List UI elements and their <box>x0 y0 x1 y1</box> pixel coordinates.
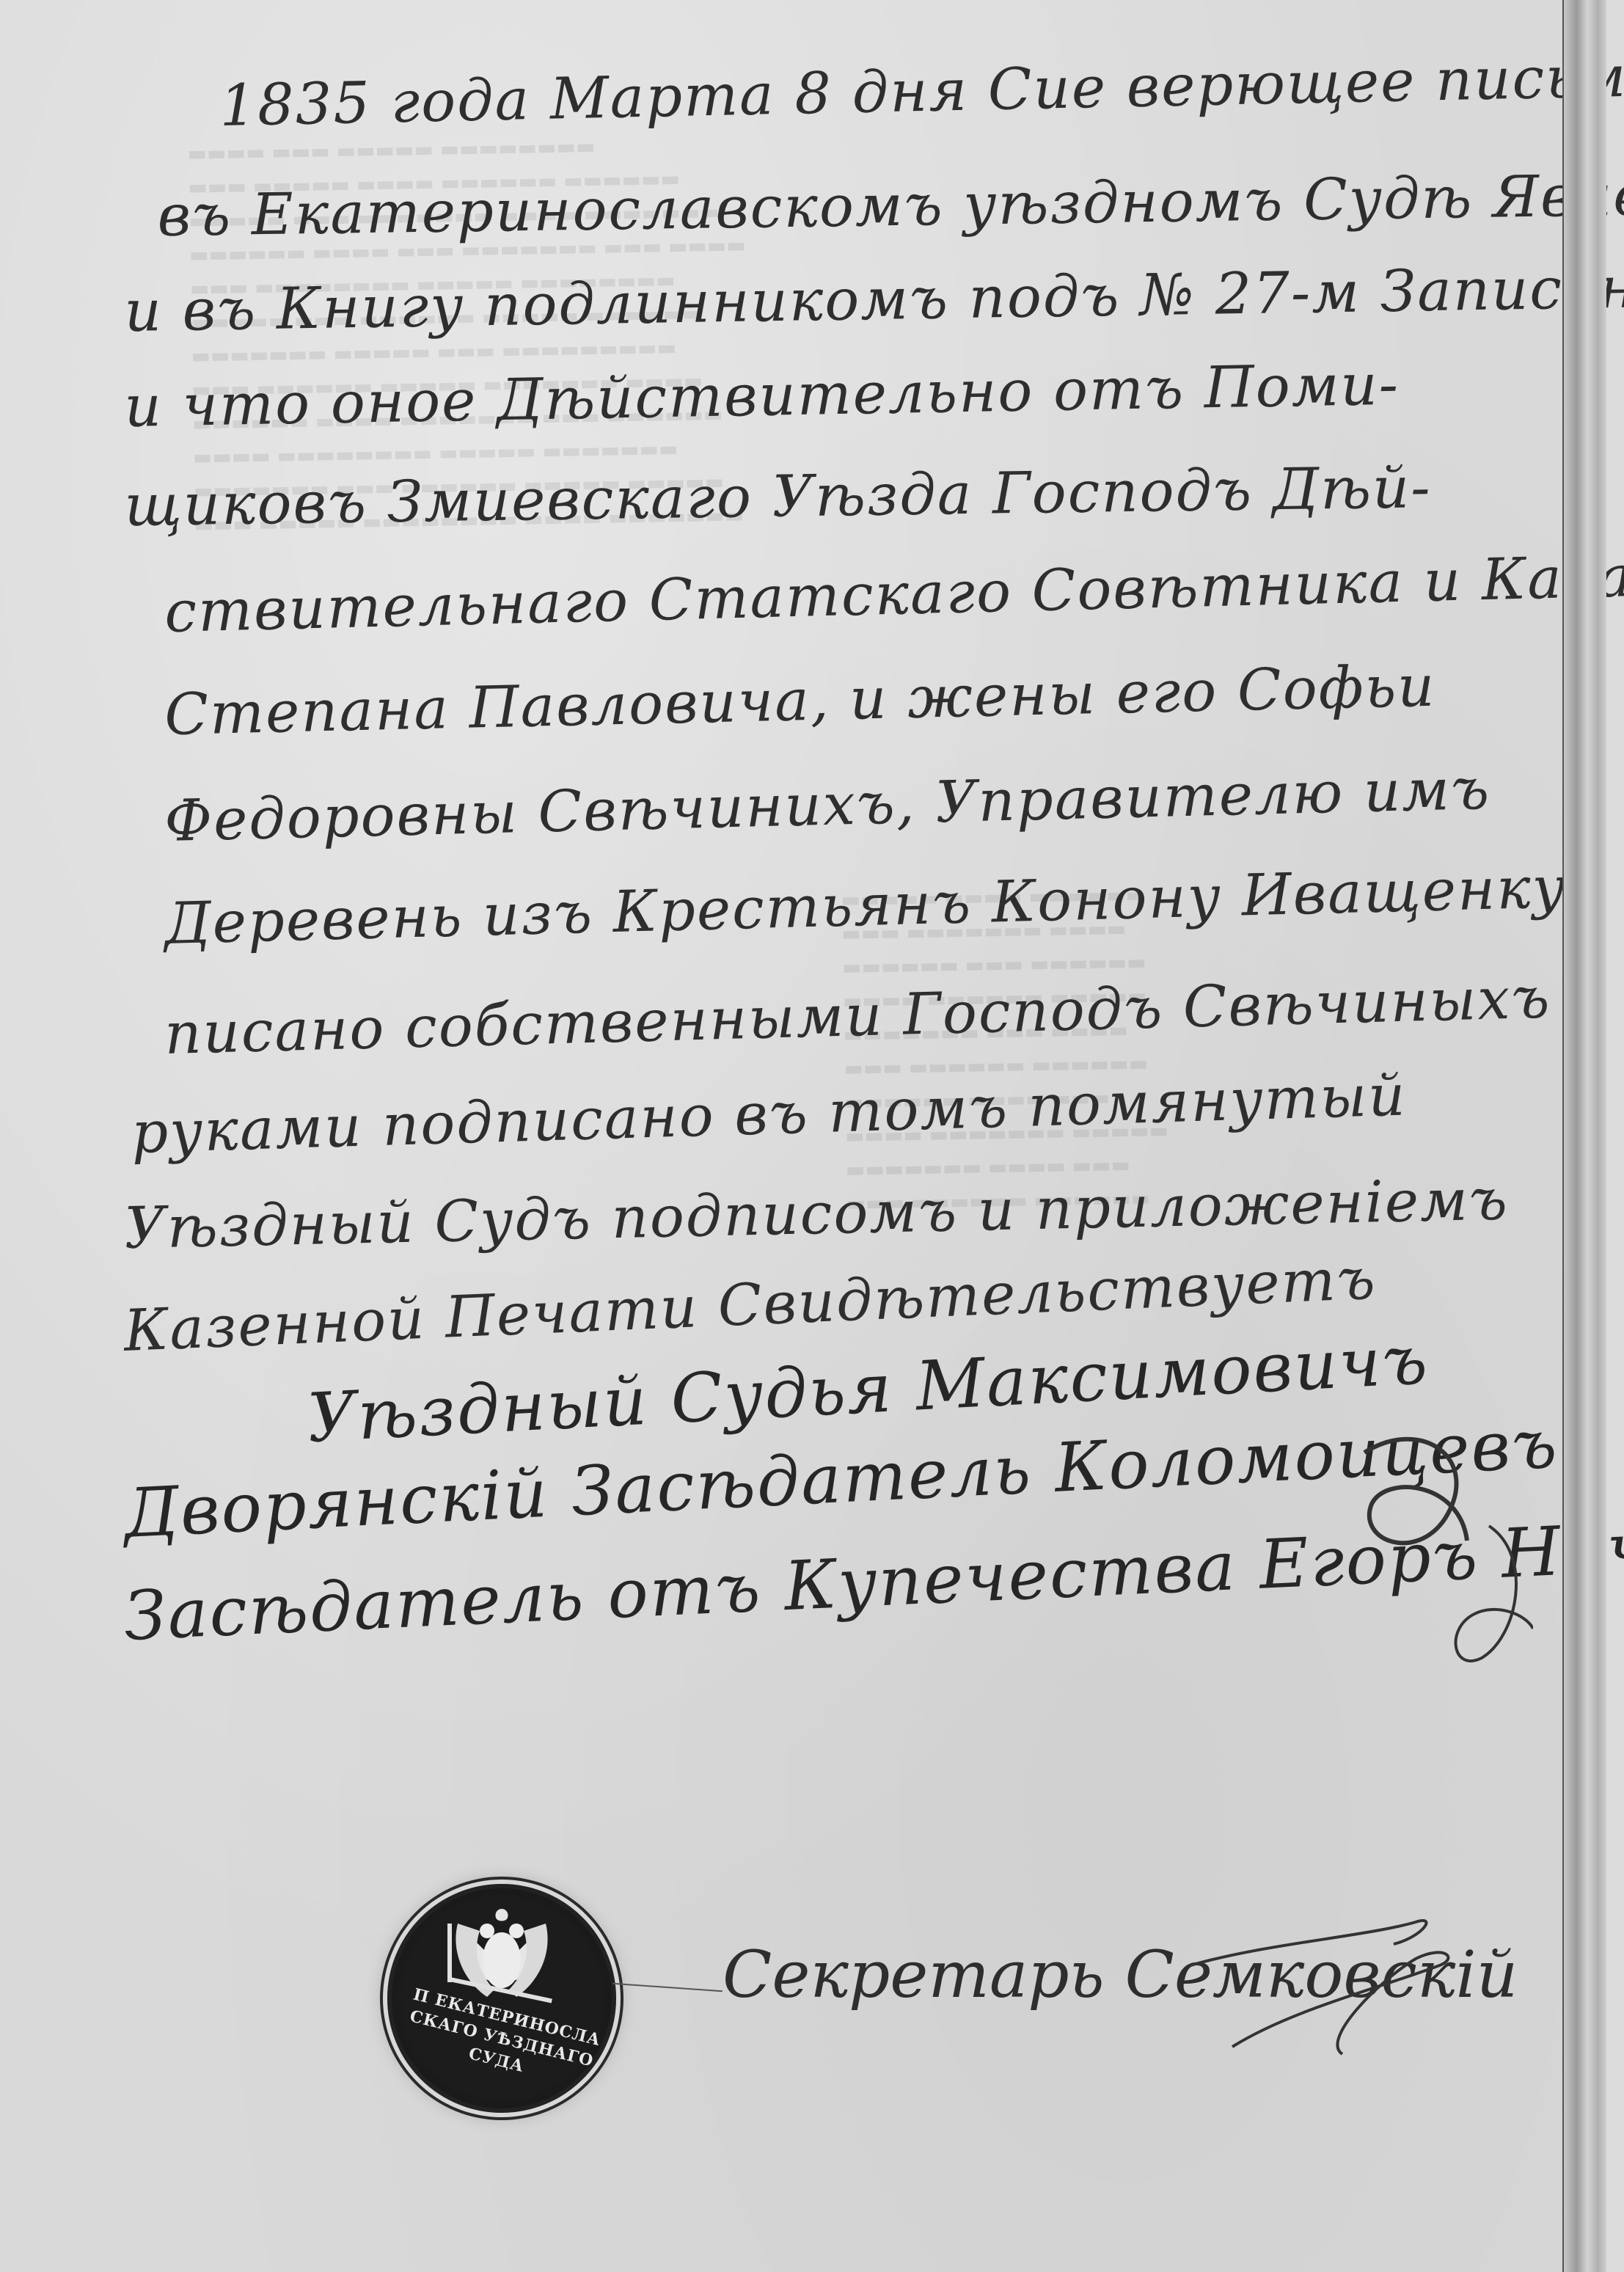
court-seal: П ЕКАТЕРИНОСЛА СКАГО УѢЗДНАГО СУДА <box>387 1884 616 2113</box>
text-line-1: 1835 года Марта 8 дня Сие верющее письмо <box>219 43 1624 176</box>
secretary-flourish <box>1174 1878 1482 2069</box>
book-binding-edge <box>1562 0 1606 2272</box>
document-page: ▬▬▬▬ ▬▬▬ ▬▬▬▬▬ ▬▬▬▬▬▬▬▬ ▬▬▬ ▬▬▬▬▬ ▬▬▬▬ ▬… <box>0 0 1606 2272</box>
signature-flourish <box>1313 1394 1533 1687</box>
